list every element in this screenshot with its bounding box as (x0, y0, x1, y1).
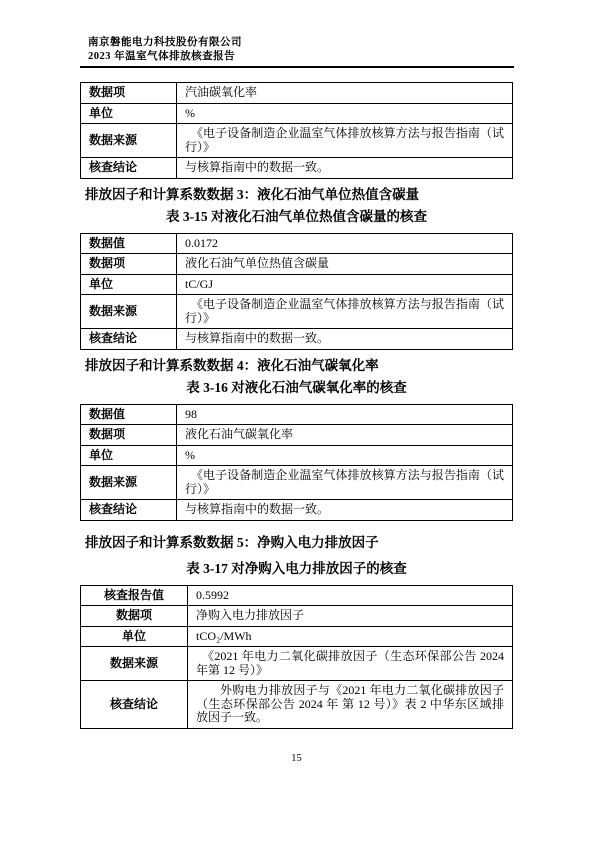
row-value: % (177, 445, 513, 466)
row-value: 净购入电力排放因子 (188, 606, 513, 627)
row-value: 《电子设备制造企业温室气体排放核算方法与报告指南（试行）》 (177, 124, 513, 158)
row-value: tC/GJ (177, 274, 513, 295)
row-value: 汽油碳氧化率 (177, 83, 513, 104)
row-value: 《电子设备制造企业温室气体排放核算方法与报告指南（试行）》 (177, 466, 513, 500)
gasoline-oxidation-rate-table: 数据项 汽油碳氧化率 单位 % 数据来源 《电子设备制造企业温室气体排放核算方法… (80, 82, 513, 179)
table-row: 数据项 净购入电力排放因子 (81, 606, 513, 627)
table-row: 单位 tCO₂/MWh (81, 626, 513, 647)
table-row: 数据项 液化石油气单位热值含碳量 (81, 254, 513, 275)
row-label: 数据来源 (81, 295, 177, 329)
table-row: 核查结论 与核算指南中的数据一致。 (81, 158, 513, 179)
report-title: 2023 年温室气体排放核查报告 (88, 50, 515, 64)
table-row: 数据值 0.0172 (81, 233, 513, 254)
table-row: 数据来源 《电子设备制造企业温室气体排放核算方法与报告指南（试行）》 (81, 295, 513, 329)
row-label: 核查结论 (81, 500, 177, 521)
row-value: 与核算指南中的数据一致。 (177, 500, 513, 521)
row-label: 单位 (81, 103, 177, 124)
row-value: 液化石油气单位热值含碳量 (177, 254, 513, 275)
row-label: 数据项 (81, 83, 177, 104)
table-3-17-caption: 表 3-17 对净购入电力排放因子的核查 (80, 561, 513, 577)
row-label: 数据来源 (81, 647, 188, 681)
table-row: 核查结论 外购电力排放因子与《2021 年电力二氧化碳排放因子（生态环保部公告 … (81, 681, 513, 729)
row-label: 数据来源 (81, 466, 177, 500)
lpg-oxidation-rate-table: 数据值 98 数据项 液化石油气碳氧化率 单位 % 数据来源 《电子设备制造企业… (80, 404, 513, 521)
lpg-carbon-content-table: 数据值 0.0172 数据项 液化石油气单位热值含碳量 单位 tC/GJ 数据来… (80, 233, 513, 350)
row-value: 与核算指南中的数据一致。 (177, 158, 513, 179)
table-row: 数据项 液化石油气碳氧化率 (81, 425, 513, 446)
row-label: 单位 (81, 274, 177, 295)
header-rule (80, 66, 514, 68)
table-row: 核查报告值 0.5992 (81, 585, 513, 606)
row-label: 数据值 (81, 404, 177, 425)
page-header: 南京磐能电力科技股份有限公司 2023 年温室气体排放核查报告 (0, 0, 595, 63)
row-label: 数据项 (81, 606, 188, 627)
table-row: 数据来源 《电子设备制造企业温室气体排放核算方法与报告指南（试行）》 (81, 466, 513, 500)
row-label: 核查结论 (81, 329, 177, 350)
row-value: tCO₂/MWh (188, 626, 513, 647)
section-5-heading: 排放因子和计算系数数据 5：净购入电力排放因子 (85, 535, 513, 551)
row-value: 液化石油气碳氧化率 (177, 425, 513, 446)
row-label: 单位 (81, 445, 177, 466)
table-3-16-caption: 表 3-16 对液化石油气碳氧化率的核查 (80, 380, 513, 396)
table-row: 单位 % (81, 445, 513, 466)
table-row: 数据来源 《2021 年电力二氧化碳排放因子（生态环保部公告 2024 年第 1… (81, 647, 513, 681)
row-label: 数据项 (81, 425, 177, 446)
row-value: 0.0172 (177, 233, 513, 254)
section-3-heading: 排放因子和计算系数数据 3：液化石油气单位热值含碳量 (85, 187, 513, 203)
row-label: 数据值 (81, 233, 177, 254)
table-row: 单位 % (81, 103, 513, 124)
table-row: 单位 tC/GJ (81, 274, 513, 295)
row-value: 98 (177, 404, 513, 425)
row-value: 外购电力排放因子与《2021 年电力二氧化碳排放因子（生态环保部公告 2024 … (188, 681, 513, 729)
company-name: 南京磐能电力科技股份有限公司 (88, 36, 515, 50)
table-3-15-caption: 表 3-15 对液化石油气单位热值含碳量的核查 (80, 209, 513, 225)
row-value: 与核算指南中的数据一致。 (177, 329, 513, 350)
row-label: 数据项 (81, 254, 177, 275)
table-row: 核查结论 与核算指南中的数据一致。 (81, 329, 513, 350)
row-label: 核查报告值 (81, 585, 188, 606)
table-row: 数据项 汽油碳氧化率 (81, 83, 513, 104)
table-row: 数据值 98 (81, 404, 513, 425)
table-row: 数据来源 《电子设备制造企业温室气体排放核算方法与报告指南（试行）》 (81, 124, 513, 158)
row-value: 《2021 年电力二氧化碳排放因子（生态环保部公告 2024 年第 12 号）》 (188, 647, 513, 681)
section-4-heading: 排放因子和计算系数数据 4：液化石油气碳氧化率 (85, 358, 513, 374)
row-label: 单位 (81, 626, 188, 647)
row-label: 数据来源 (81, 124, 177, 158)
page-number: 15 (80, 753, 513, 764)
row-value: 0.5992 (188, 585, 513, 606)
page-content: 数据项 汽油碳氧化率 单位 % 数据来源 《电子设备制造企业温室气体排放核算方法… (80, 82, 513, 764)
row-value: 《电子设备制造企业温室气体排放核算方法与报告指南（试行）》 (177, 295, 513, 329)
row-label: 核查结论 (81, 681, 188, 729)
table-row: 核查结论 与核算指南中的数据一致。 (81, 500, 513, 521)
row-label: 核查结论 (81, 158, 177, 179)
row-value: % (177, 103, 513, 124)
document-page: 南京磐能电力科技股份有限公司 2023 年温室气体排放核查报告 数据项 汽油碳氧… (0, 0, 595, 842)
electricity-emission-factor-table: 核查报告值 0.5992 数据项 净购入电力排放因子 单位 tCO₂/MWh 数… (80, 585, 513, 729)
